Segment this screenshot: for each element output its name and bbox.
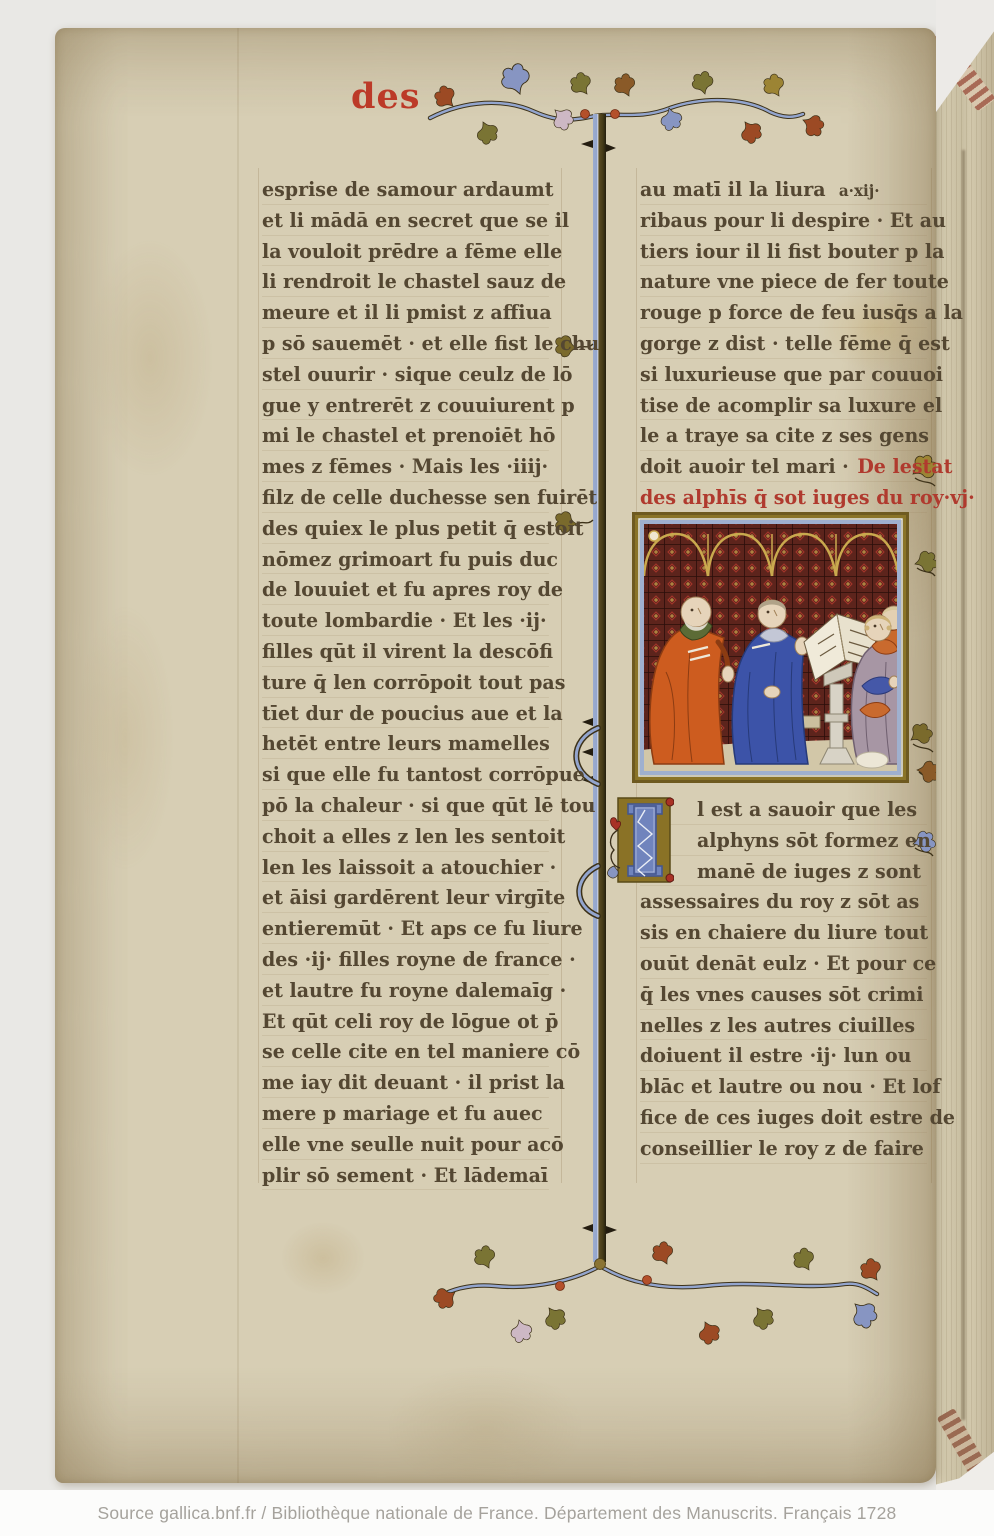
- text-line: et āisi gardērent leur virgīte: [262, 882, 549, 913]
- fore-edge-crease: [962, 150, 965, 1420]
- text-line: hetēt entre leurs mamelles: [262, 728, 549, 759]
- source-caption: Source gallica.bnf.fr / Bibliothèque nat…: [98, 1503, 897, 1524]
- text-line: ribaus pour li despire · Et au: [640, 205, 927, 236]
- text-line: Et qūt celi roy de lōgue ot p̄: [262, 1006, 549, 1037]
- text-line: alphyns sōt formez en: [640, 825, 927, 856]
- marginal-note: a·xij·: [839, 181, 880, 200]
- miniature-illustration: [632, 512, 909, 783]
- text-line: rouge p force de feu iusq̄s a la: [640, 297, 927, 328]
- source-caption-bar: Source gallica.bnf.fr / Bibliothèque nat…: [0, 1490, 994, 1536]
- text-line: li rendroit le chastel sauz de: [262, 266, 549, 297]
- text-line: nelles z les autres ciuilles: [640, 1010, 927, 1041]
- text-line: entieremūt · Et aps ce fu liure: [262, 913, 549, 944]
- text-line: conseillier le roy z de faire: [640, 1133, 927, 1164]
- text-line: p sō sauemēt · et elle fist le chu: [262, 328, 549, 359]
- illuminated-initial: [604, 796, 674, 888]
- rubric-fragment: De lestat: [857, 454, 952, 478]
- text-line: stel ouurir · sique ceulz de lō: [262, 359, 549, 390]
- text-column-left: esprise de samour ardaumtet li mādā en s…: [262, 174, 564, 1190]
- text-column-right-upper: au matī il la liuraa·xij· ribaus pour li…: [640, 174, 942, 513]
- text-line: doiuent il estre ·ij· lun ou: [640, 1040, 927, 1071]
- text-line: si luxurieuse que par couuoi: [640, 359, 927, 390]
- text-line: mi le chastel et prenoiēt hō: [262, 420, 549, 451]
- text-line: fice de ces iuges doit estre de: [640, 1102, 927, 1133]
- text-lines-group: ribaus pour li despire · Et autiers iour…: [640, 205, 942, 451]
- text-line: des ·ij· filles royne de france ·: [262, 944, 549, 975]
- text-line: sis en chaiere du liure tout: [640, 917, 927, 948]
- text-column-right-lower: l est a sauoir que lesalphyns sōt formez…: [640, 794, 942, 1164]
- text-line: de louuiet et fu apres roy de: [262, 574, 549, 605]
- text-line: tīet dur de poucius aue et la: [262, 698, 549, 729]
- text-line: tiers iour il li fist bouter p la: [640, 236, 927, 267]
- text-line: ture q̄ len corrōpoit tout pas: [262, 667, 549, 698]
- text-line: filles qūt il virent la descōfi: [262, 636, 549, 667]
- text-line: nature vne piece de fer toute: [640, 266, 927, 297]
- text-line: choit a elles z len les sentoit: [262, 821, 549, 852]
- text-line: filz de celle duchesse sen fuirēt: [262, 482, 549, 513]
- text-line: blāc et lautre ou nou · Et lof: [640, 1071, 927, 1102]
- text-line: et lautre fu royne dalemaīg ·: [262, 975, 549, 1006]
- text-line: au matī il la liuraa·xij·: [640, 174, 927, 205]
- text-line: assessaires du roy z sōt as: [640, 886, 927, 917]
- rubric-line: des alphīs q̄ sot iuges du roy·vj·: [640, 482, 927, 513]
- text-line: gue y entrerēt z couuiurent p: [262, 390, 549, 421]
- text-line: me iay dit deuant · il prist la: [262, 1067, 549, 1098]
- text-fragment: au matī il la liura: [640, 177, 826, 201]
- text-line: se celle cite en tel maniere cō: [262, 1036, 549, 1067]
- text-line: ouūt denāt eulz · Et pour ce: [640, 948, 927, 979]
- text-fragment: doit auoir tel mari ·: [640, 454, 849, 478]
- text-line: toute lombardie · Et les ·ij·: [262, 605, 549, 636]
- text-line: pō la chaleur · si que qūt lē tou: [262, 790, 549, 821]
- running-title: des: [351, 76, 420, 117]
- text-line: plir sō sement · Et lādemaī: [262, 1160, 549, 1191]
- text-line: len les laissoit a atouchier ·: [262, 852, 549, 883]
- text-line: tise de acomplir sa luxure el: [640, 390, 927, 421]
- text-line: des quiex le plus petit q̄ estoit: [262, 513, 549, 544]
- text-line: q̄ les vnes causes sōt crimi: [640, 979, 927, 1010]
- text-line: elle vne seulle nuit pour acō: [262, 1129, 549, 1160]
- text-line: manē de iuges z sont: [640, 856, 927, 887]
- parchment-page: des: [55, 28, 936, 1483]
- text-line: doit auoir tel mari ·De lestat: [640, 451, 927, 482]
- text-line: mes z fēmes · Mais les ·iiij·: [262, 451, 549, 482]
- text-line: la vouloit prēdre a fēme elle: [262, 236, 549, 267]
- text-line: meure et il li pmist z affiua: [262, 297, 549, 328]
- text-line: le a traye sa cite z ses gens: [640, 420, 927, 451]
- text-line: l est a sauoir que les: [640, 794, 927, 825]
- manuscript-scan-photo: des: [0, 0, 994, 1536]
- text-line: gorge z dist · telle fēme q̄ est: [640, 328, 927, 359]
- text-line: esprise de samour ardaumt: [262, 174, 549, 205]
- text-line: mere p mariage et fu auec: [262, 1098, 549, 1129]
- text-line: nōmez grimoart fu puis duc: [262, 544, 549, 575]
- text-line: si que elle fu tantost corrōpue: [262, 759, 549, 790]
- text-line: et li mādā en secret que se il: [262, 205, 549, 236]
